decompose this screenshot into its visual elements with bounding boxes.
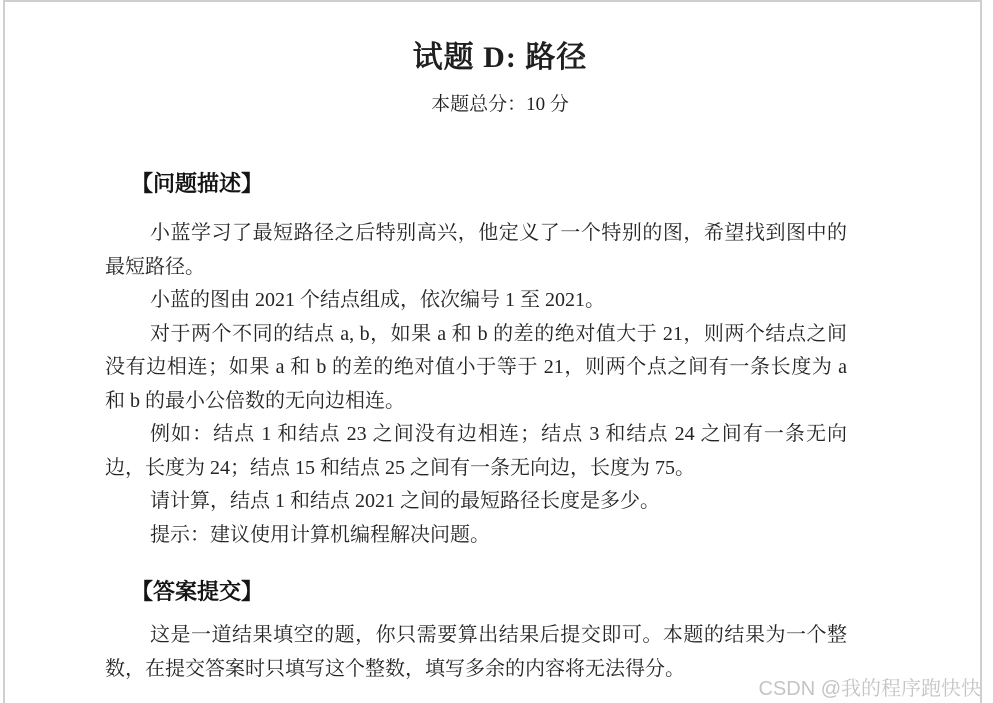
- section-heading-answer-submission: 【答案提交】: [131, 578, 847, 605]
- watermark: CSDN @我的程序跑快快: [758, 677, 981, 701]
- paragraph: 小蓝学习了最短路径之后特别高兴，他定义了一个特别的图，希望找到图中的最短路径。: [105, 217, 847, 284]
- paragraph: 请计算，结点 1 和结点 2021 之间的最短路径长度是多少。: [105, 485, 847, 519]
- paragraph: 例如：结点 1 和结点 23 之间没有边相连；结点 3 和结点 24 之间有一条…: [105, 418, 847, 485]
- page-subtitle: 本题总分：10 分: [105, 93, 847, 117]
- paragraph: 这是一道结果填空的题，你只需要算出结果后提交即可。本题的结果为一个整数，在提交答…: [105, 619, 847, 686]
- paragraph: 对于两个不同的结点 a, b，如果 a 和 b 的差的绝对值大于 21，则两个结…: [105, 318, 847, 419]
- paragraph: 提示：建议使用计算机编程解决问题。: [105, 519, 847, 553]
- page-content: 试题 D: 路径 本题总分：10 分 【问题描述】 小蓝学习了最短路径之后特别高…: [105, 0, 847, 686]
- section-heading-problem-description: 【问题描述】: [131, 170, 847, 197]
- page-title: 试题 D: 路径: [105, 40, 847, 76]
- paragraph: 小蓝的图由 2021 个结点组成，依次编号 1 至 2021。: [105, 284, 847, 318]
